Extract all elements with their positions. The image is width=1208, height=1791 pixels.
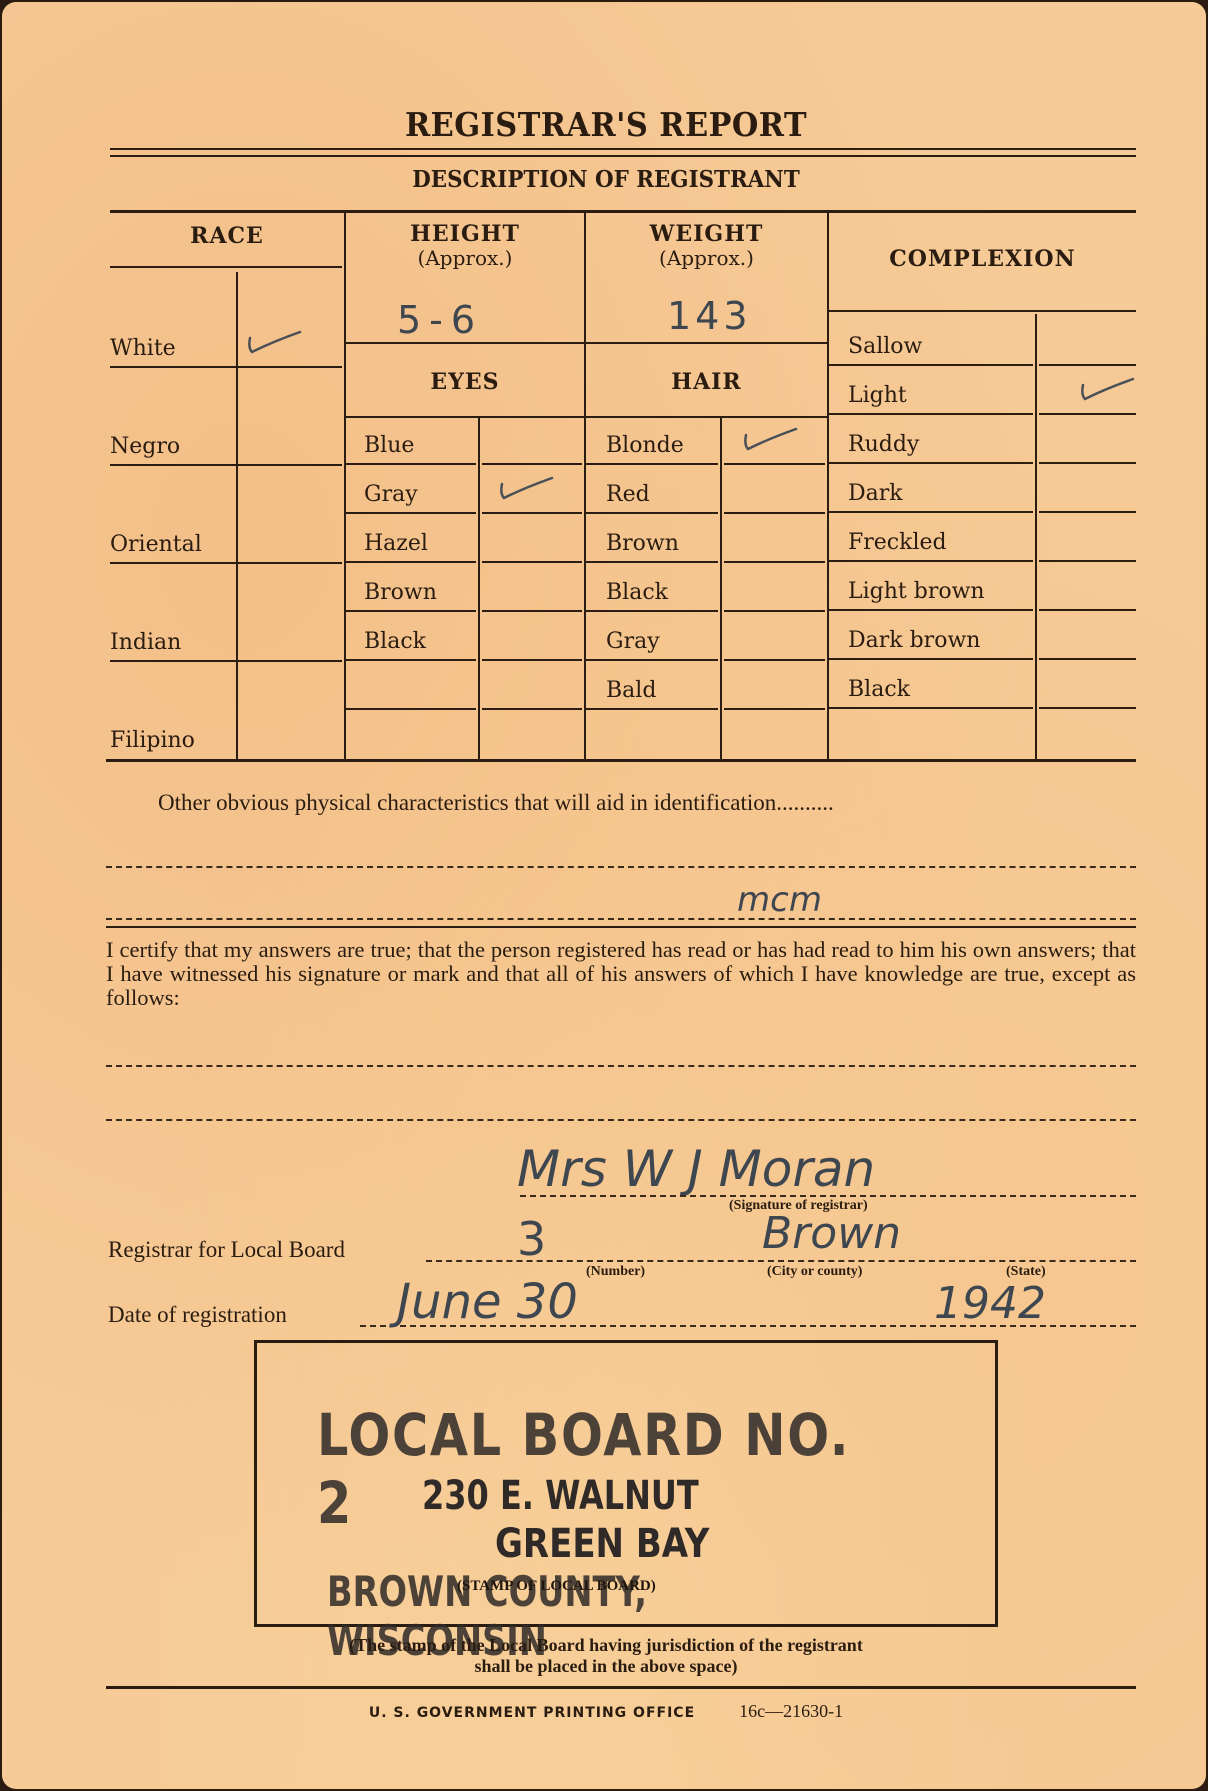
eyes-header: EYES (346, 370, 584, 394)
eyes-checkbox-black[interactable] (482, 616, 582, 659)
exceptions-line-2[interactable] (106, 1119, 1136, 1121)
eyes-option-gray: Gray (364, 482, 418, 507)
stamp-note: (The stamp of the Local Board having jur… (2, 1635, 1208, 1677)
complexion-row-rule (1039, 707, 1136, 709)
complexion-row-rule (829, 364, 1033, 366)
race-checkbox-indian[interactable] (240, 568, 342, 660)
footer: U. S. GOVERNMENT PRINTING OFFICE 16c—216… (2, 1701, 1208, 1722)
hair-row-rule (586, 708, 718, 710)
eyes-checkmark-icon (496, 474, 536, 496)
eyes-row-rule (346, 561, 476, 563)
complexion-row-rule (829, 462, 1033, 464)
section-rule (106, 926, 1136, 928)
complexion-row-rule (829, 609, 1033, 611)
report-title: REGISTRAR'S REPORT (50, 105, 1161, 144)
form-code: 16c—21630-1 (739, 1701, 843, 1721)
race-checkbox-oriental[interactable] (240, 470, 342, 562)
stamp-note-line-2: shall be placed in the above space) (2, 1656, 1208, 1677)
stamp-box: LOCAL BOARD NO. 2 230 E. WALNUT GREEN BA… (254, 1340, 998, 1627)
complexion-row-rule (1039, 658, 1136, 660)
complexion-checkbox-freckled[interactable] (1039, 517, 1136, 560)
signature-line[interactable] (520, 1195, 1136, 1197)
exceptions-line-1[interactable] (106, 1065, 1136, 1067)
height-value-rule (346, 342, 584, 344)
table-top-rule (110, 210, 1136, 213)
other-characteristics-text: Other obvious physical characteristics t… (158, 790, 776, 815)
eyes-row-rule (346, 610, 476, 612)
hair-option-brown: Brown (606, 531, 679, 556)
complexion-row-rule (1039, 413, 1136, 415)
complexion-checkbox-sallow[interactable] (1039, 321, 1136, 364)
eyes-row-rule (482, 512, 582, 514)
eyes-row-rule (482, 659, 582, 661)
title-rule-1 (110, 148, 1136, 150)
race-option-filipino: Filipino (110, 728, 195, 753)
race-check-col (236, 272, 238, 760)
hair-checkmark-icon (740, 425, 780, 447)
complexion-checkmark-icon (1077, 375, 1117, 397)
complexion-row-rule (1039, 462, 1136, 464)
hair-row-rule (724, 561, 825, 563)
hair-option-gray: Gray (606, 629, 660, 654)
certification-text: I certify that my answers are true; that… (106, 938, 1136, 1010)
height-header: HEIGHT (Approx.) (346, 222, 584, 270)
registrar-signature: Mrs W J Moran (517, 1140, 875, 1198)
race-option-negro: Negro (110, 434, 180, 459)
hair-check-col (720, 418, 722, 760)
complexion-header-rule (829, 310, 1136, 312)
table-bottom-rule (106, 759, 1136, 762)
eyes-row-rule (346, 463, 476, 465)
race-checkbox-negro[interactable] (240, 372, 342, 464)
city-caption: (City or county) (767, 1264, 862, 1280)
race-row-rule (240, 660, 342, 662)
complexion-row-rule (829, 413, 1033, 415)
divider-weight-complexion (827, 212, 829, 760)
stamp-line-2: 230 E. WALNUT (422, 1473, 699, 1519)
complexion-option-sallow: Sallow (848, 334, 922, 359)
hair-row-rule (586, 610, 718, 612)
eyes-checkbox-brown[interactable] (482, 567, 582, 610)
eyes-row-rule (482, 610, 582, 612)
weight-header-label: WEIGHT (650, 221, 764, 247)
hair-checkbox-bald[interactable] (724, 665, 825, 708)
weight-value: 143 (667, 294, 752, 338)
complexion-row-rule (829, 707, 1033, 709)
weight-header: WEIGHT (Approx.) (586, 222, 827, 270)
hair-checkbox-black[interactable] (724, 567, 825, 610)
leader-dots: .......... (776, 790, 834, 815)
footer-rule (106, 1686, 1136, 1689)
local-board-number: 3 (517, 1212, 546, 1266)
height-header-sub: (Approx.) (346, 246, 584, 270)
hair-option-bald: Bald (606, 678, 656, 703)
eyes-checkbox-hazel[interactable] (482, 518, 582, 561)
section-subtitle: DESCRIPTION OF REGISTRANT (44, 166, 1167, 193)
complexion-option-freckled: Freckled (848, 530, 947, 555)
hair-row-rule (586, 561, 718, 563)
divider-height-weight (584, 212, 586, 760)
number-caption: (Number) (586, 1264, 645, 1280)
race-option-oriental: Oriental (110, 532, 202, 557)
complexion-row-rule (829, 511, 1033, 513)
complexion-option-light: Light (848, 383, 907, 408)
weight-header-sub: (Approx.) (586, 246, 827, 270)
local-board-label: Registrar for Local Board (108, 1237, 345, 1263)
race-row-rule (240, 464, 342, 466)
registrar-initials: mcm (737, 880, 822, 920)
stamp-note-line-1: (The stamp of the Local Board having jur… (2, 1635, 1208, 1656)
hair-row-rule (586, 463, 718, 465)
date-year: 1942 (934, 1278, 1046, 1329)
complexion-option-ruddy: Ruddy (848, 432, 919, 457)
other-characteristics-label: Other obvious physical characteristics t… (158, 790, 834, 816)
eyes-checkbox-blue[interactable] (482, 420, 582, 463)
eyes-row-rule (346, 659, 476, 661)
eyes-header-rule (346, 416, 584, 418)
draft-card: REGISTRAR'S REPORT DESCRIPTION OF REGIST… (2, 2, 1206, 1789)
printer-credit: U. S. GOVERNMENT PRINTING OFFICE (369, 1705, 695, 1721)
complexion-header: COMPLEXION (829, 247, 1136, 271)
hair-option-red: Red (606, 482, 650, 507)
local-board-city: Brown (762, 1208, 901, 1259)
complexion-checkbox-light-brown[interactable] (1039, 566, 1136, 609)
height-value: 5-6 (397, 298, 483, 342)
complexion-row-rule (1039, 609, 1136, 611)
race-row-rule (240, 562, 342, 564)
eyes-option-hazel: Hazel (364, 531, 428, 556)
complexion-row-rule (1039, 511, 1136, 513)
date-month-day: June 30 (397, 1274, 578, 1330)
complexion-row-rule (1039, 364, 1136, 366)
complexion-row-rule (829, 658, 1033, 660)
eyes-row-rule (346, 708, 476, 710)
eyes-option-black: Black (364, 629, 426, 654)
other-characteristics-line-1[interactable] (106, 866, 1136, 868)
height-header-label: HEIGHT (410, 221, 520, 247)
race-option-indian: Indian (110, 630, 181, 655)
other-characteristics-line-2[interactable] (106, 918, 1136, 920)
eyes-option-blue: Blue (364, 433, 414, 458)
race-checkmark-icon (244, 328, 284, 350)
hair-header-rule (586, 416, 827, 418)
hair-row-rule (724, 659, 825, 661)
complexion-option-light-brown: Light brown (848, 579, 985, 604)
eyes-row-rule (482, 463, 582, 465)
hair-option-black: Black (606, 580, 668, 605)
hair-header: HAIR (586, 370, 827, 394)
hair-checkbox-red[interactable] (724, 469, 825, 512)
hair-checkbox-gray[interactable] (724, 616, 825, 659)
complexion-option-black: Black (848, 677, 910, 702)
divider-race-height (344, 212, 346, 760)
hair-row-rule (724, 610, 825, 612)
race-row-rule (240, 366, 342, 368)
complexion-check-col (1035, 314, 1037, 760)
eyes-check-col (478, 418, 480, 760)
complexion-option-dark: Dark (848, 481, 903, 506)
complexion-checkbox-dark-brown[interactable] (1039, 615, 1136, 658)
hair-row-rule (724, 463, 825, 465)
hair-option-blonde: Blonde (606, 433, 684, 458)
race-header-rule (110, 266, 342, 268)
date-label: Date of registration (108, 1302, 287, 1328)
complexion-row-rule (1039, 560, 1136, 562)
hair-checkbox-brown[interactable] (724, 518, 825, 561)
eyes-row-rule (346, 512, 476, 514)
complexion-checkbox-ruddy[interactable] (1039, 419, 1136, 462)
complexion-checkbox-dark[interactable] (1039, 468, 1136, 511)
hair-row-rule (586, 659, 718, 661)
weight-value-rule (586, 342, 827, 344)
eyes-row-rule (482, 561, 582, 563)
hair-row-rule (724, 512, 825, 514)
eyes-row-rule (482, 708, 582, 710)
hair-row-rule (724, 708, 825, 710)
hair-row-rule (586, 512, 718, 514)
complexion-checkbox-black[interactable] (1039, 664, 1136, 707)
stamp-caption: (STAMP OF LOCAL BOARD) (457, 1578, 656, 1595)
race-checkbox-filipino[interactable] (240, 666, 342, 758)
race-option-white: White (110, 336, 176, 361)
complexion-row-rule (829, 560, 1033, 562)
eyes-option-brown: Brown (364, 580, 437, 605)
title-rule-2 (110, 155, 1136, 157)
race-header: RACE (110, 224, 344, 248)
complexion-option-dark-brown: Dark brown (848, 628, 980, 653)
stamp-line-3: GREEN BAY (495, 1521, 709, 1567)
